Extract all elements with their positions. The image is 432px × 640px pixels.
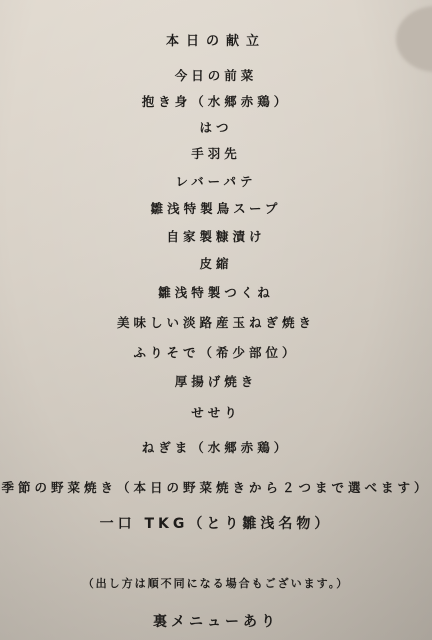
menu-item: 季節の野菜焼き（本日の野菜焼きから２つまで選べます） [0,480,432,496]
menu-item: はつ [0,120,432,136]
menu-note: （出し方は順不同になる場合もございます。） [0,576,432,592]
menu-item: 雛浅特製鳥スープ [0,201,432,217]
menu-item: 美味しい淡路産玉ねぎ焼き [0,315,432,331]
menu-item: 手羽先 [0,146,432,162]
menu-item: 皮縮 [0,256,432,272]
menu-item: せせり [0,405,432,421]
menu-footer: 裏メニューあり [0,614,432,630]
menu-item: 抱き身（水郷赤鶏） [0,94,432,110]
menu-item: 厚揚げ焼き [0,374,432,390]
menu-item: レバーパテ [0,174,432,190]
menu-item: 自家製糠漬け [0,229,432,245]
menu-title: 本日の献立 [0,34,432,50]
menu-item: ねぎま（水郷赤鶏） [0,440,432,456]
menu-item: 一口 TKG（とり雛浅名物） [0,516,432,532]
menu-item: 雛浅特製つくね [0,285,432,301]
menu-sheet: 本日の献立 今日の前菜 抱き身（水郷赤鶏） はつ 手羽先 レバーパテ 雛浅特製鳥… [0,0,432,640]
menu-item: ふりそで（希少部位） [0,345,432,361]
menu-item: 今日の前菜 [0,68,432,84]
